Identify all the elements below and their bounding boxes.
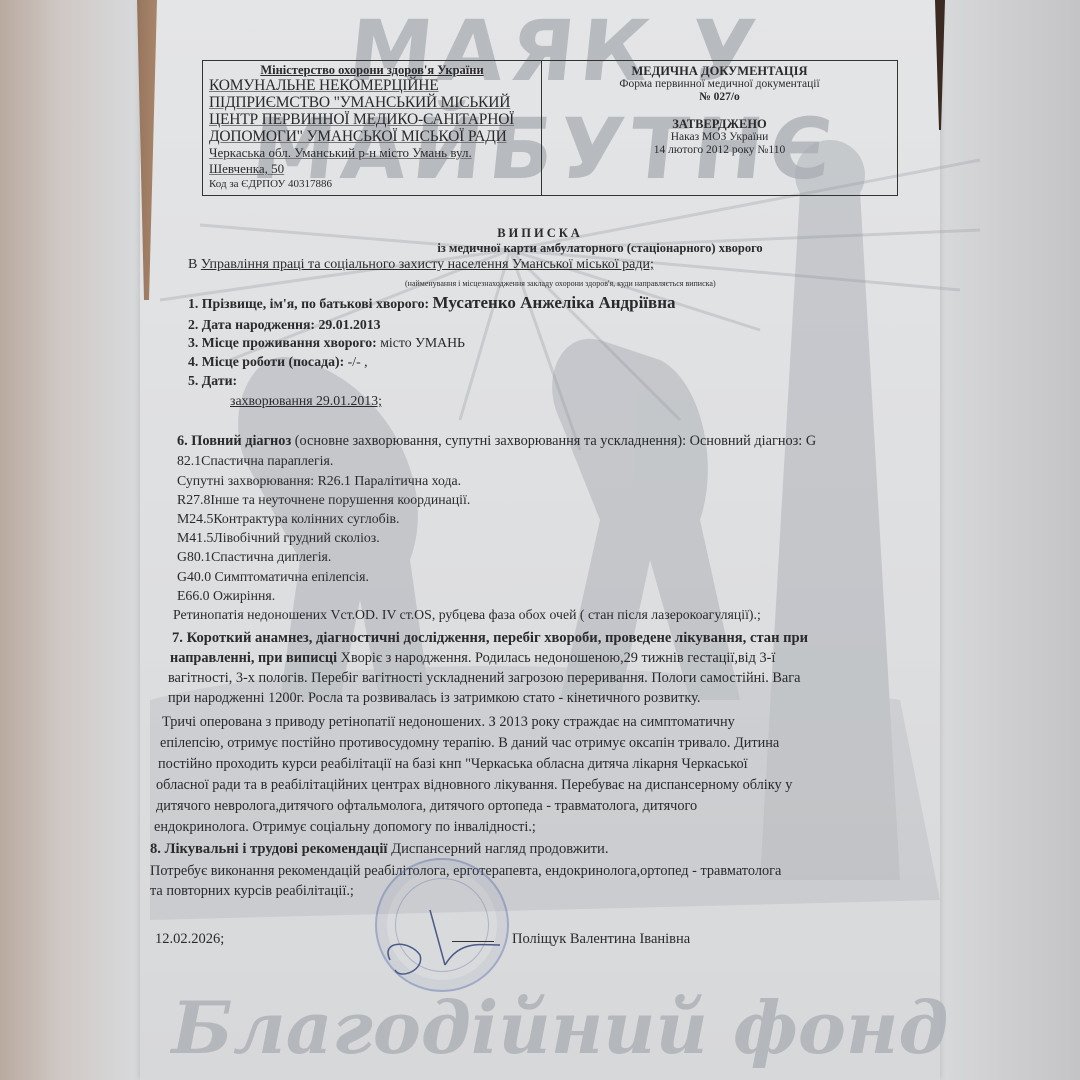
diagnosis-line: G40.0 Симптоматична епілепсія. bbox=[177, 568, 369, 586]
anamnesis-text: Хворіє з народження. Родилась недоношено… bbox=[341, 650, 776, 666]
diagnosis-line: M24.5Контрактура колінних суглобів. bbox=[177, 510, 400, 528]
patient-name: Мусатенко Анжеліка Андріївна bbox=[433, 293, 676, 312]
approved-label: ЗАТВЕРДЖЕНО bbox=[542, 118, 897, 131]
diagnosis-line: M41.5Лівобічний грудний сколіоз. bbox=[177, 529, 380, 547]
watermark-bottom-text: Благодійний фонд bbox=[120, 985, 1000, 1070]
anamnesis-heading: 7. Короткий анамнез, діагностичні дослід… bbox=[172, 629, 808, 647]
order-date: 14 лютого 2012 року №110 bbox=[542, 144, 897, 157]
signatory-name: Поліщук Валентина Іванівна bbox=[512, 930, 690, 948]
anamnesis-label: при виписці bbox=[258, 650, 337, 666]
diagnosis-heading: 6. Повний діагноз (основне захворювання,… bbox=[177, 432, 816, 450]
field-label: 4. Місце роботи (посада): bbox=[188, 354, 344, 369]
org-line: ДОПОМОГИ" УМАНСЬКОЇ МІСЬКОЇ РАДИ bbox=[209, 128, 535, 145]
document-subtitle: із медичної карти амбулаторного (стаціон… bbox=[300, 241, 900, 256]
org-line: КОМУНАЛЬНЕ НЕКОМЕРЦІЙНЕ bbox=[209, 77, 535, 94]
anamnesis-line: дитячого невролога,дитячого офтальмолога… bbox=[156, 797, 697, 815]
diagnosis-line: Ретинопатія недоношених Vст.OD. IV ст.OS… bbox=[173, 606, 761, 624]
form-number: № 027/о bbox=[542, 91, 897, 104]
anamnesis-label: направленні, bbox=[170, 650, 254, 666]
anamnesis-line: обласної ради та в реабілітаційних центр… bbox=[156, 776, 792, 794]
recipient-caption: (найменування і місцезнаходження закладу… bbox=[405, 275, 716, 293]
form-info-block: МЕДИЧНА ДОКУМЕНТАЦІЯ Форма первинної мед… bbox=[542, 61, 897, 195]
anamnesis-line: вагітності, 3-х пологів. Перебіг вагітно… bbox=[168, 669, 800, 687]
birth-date: 29.01.2013 bbox=[318, 317, 380, 332]
recommendations-heading: 8. Лікувальні і трудові рекомендації Дис… bbox=[150, 840, 608, 858]
field-residence: 3. Місце проживання хворого: місто УМАНЬ bbox=[188, 334, 465, 352]
document-header: Міністерство охорони здоров'я України КО… bbox=[202, 60, 898, 196]
diagnosis-label-rest: (основне захворювання, супутні захворюва… bbox=[295, 433, 816, 449]
edrpou-code: Код за ЄДРПОУ 40317886 bbox=[209, 177, 535, 191]
field-dates: 5. Дати: bbox=[188, 372, 237, 390]
anamnesis-line: епілепсію, отримує постійно противосудом… bbox=[160, 734, 779, 752]
main-diagnosis: 82.1Спастична параплегія. bbox=[177, 452, 333, 470]
anamnesis-line: при народженні 1200г. Росла та розвивала… bbox=[168, 689, 700, 707]
field-label: 3. Місце проживання хворого: bbox=[188, 335, 377, 350]
illness-date: захворювання 29.01.2013; bbox=[230, 392, 382, 410]
institution-block: Міністерство охорони здоров'я України КО… bbox=[203, 61, 542, 195]
document-title: ВИПИСКА bbox=[0, 226, 1080, 241]
field-label: 1. Прізвище, ім'я, по батькові хворого: bbox=[188, 296, 429, 311]
diagnosis-line: E66.0 Ожиріння. bbox=[177, 587, 275, 605]
field-workplace: 4. Місце роботи (посада): -/- , bbox=[188, 353, 368, 371]
anamnesis-line: направленні, при виписці Хворіє з народж… bbox=[170, 649, 775, 667]
org-line: ПІДПРИЄМСТВО "УМАНСЬКИЙ МІСЬКИЙ bbox=[209, 94, 535, 111]
anamnesis-label: 7. Короткий анамнез, діагностичні дослід… bbox=[172, 630, 808, 646]
workplace: -/- , bbox=[348, 354, 368, 369]
signature-line bbox=[452, 941, 494, 942]
field-full-name: 1. Прізвище, ім'я, по батькові хворого: … bbox=[188, 294, 676, 313]
recommendations-label: 8. Лікувальні і трудові рекомендації bbox=[150, 841, 387, 857]
residence: місто УМАНЬ bbox=[380, 335, 465, 350]
address-line: Черкаська обл. Уманський р-н місто Умань… bbox=[209, 145, 535, 161]
recipient-prefix: В bbox=[188, 257, 197, 272]
document-date: 12.02.2026; bbox=[155, 930, 224, 948]
org-line: ЦЕНТР ПЕРВИННОЇ МЕДИКО-САНІТАРНОЇ bbox=[209, 111, 535, 128]
ministry-name: Міністерство охорони здоров'я України bbox=[209, 63, 535, 77]
recipient-line: В Управління праці та соціального захист… bbox=[188, 256, 654, 274]
anamnesis-line: постійно проходить курси реабілітації на… bbox=[158, 755, 748, 773]
recommendations-line: та повторних курсів реабілітації.; bbox=[150, 882, 354, 900]
order-name: Наказ МОЗ України bbox=[542, 131, 897, 144]
field-label: 5. Дати: bbox=[188, 373, 237, 388]
diagnosis-line: Супутні захворювання: R26.1 Паралітична … bbox=[177, 472, 461, 490]
address-line: Шевченка, 50 bbox=[209, 161, 535, 177]
field-birth-date: 2. Дата народження: 29.01.2013 bbox=[188, 316, 381, 334]
anamnesis-line: ендокринолога. Отримує соціальну допомог… bbox=[154, 818, 536, 836]
signature bbox=[370, 900, 510, 990]
recipient: Управління праці та соціального захисту … bbox=[201, 257, 654, 272]
diagnosis-label: 6. Повний діагноз bbox=[177, 433, 291, 449]
form-title: МЕДИЧНА ДОКУМЕНТАЦІЯ bbox=[542, 65, 897, 78]
diagnosis-line: G80.1Спастична диплегія. bbox=[177, 548, 331, 566]
form-name: Форма первинної медичної документації bbox=[542, 78, 897, 91]
recommendations-text: Диспансерний нагляд продовжити. bbox=[391, 841, 608, 857]
diagnosis-line: R27.8Інше та неуточнене порушення коорди… bbox=[177, 491, 470, 509]
field-label: 2. Дата народження: bbox=[188, 317, 315, 332]
anamnesis-line: Тричі оперована з приводу ретінопатії не… bbox=[162, 713, 735, 731]
